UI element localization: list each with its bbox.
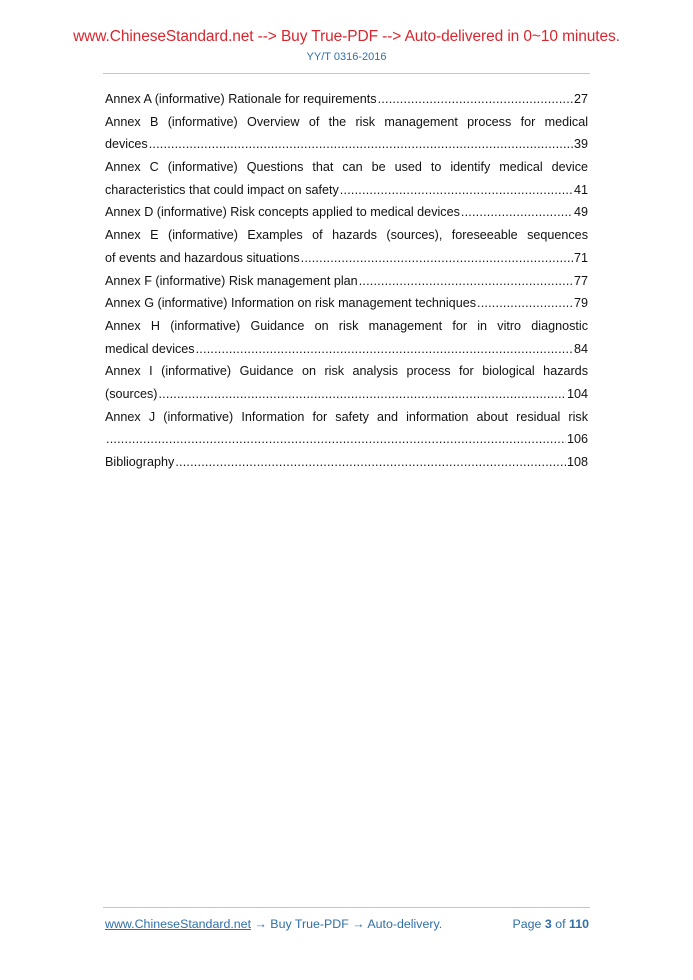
toc-entry-title: characteristics that could impact on saf…	[105, 179, 339, 202]
dot-leader	[340, 179, 573, 202]
toc-entry-title: of events and hazardous situations	[105, 247, 300, 270]
toc-entry[interactable]: Annex H (informative) Guidance on risk m…	[105, 315, 588, 360]
page-footer: www.ChineseStandard.net → Buy True-PDF →…	[105, 917, 589, 931]
footer-tagline: → Buy True-PDF → Auto-delivery.	[251, 917, 442, 931]
toc-entry-line: Annex D (informative) Risk concepts appl…	[105, 201, 588, 224]
footer-promo: www.ChineseStandard.net → Buy True-PDF →…	[105, 917, 442, 931]
toc-entry-title-line: Annex B (informative) Overview of the ri…	[105, 111, 588, 134]
toc-page-number: 39	[574, 133, 588, 156]
toc-entry-line: of events and hazardous situations71	[105, 247, 588, 270]
dot-leader	[158, 383, 566, 406]
toc-entry-title: Annex D (informative) Risk concepts appl…	[105, 201, 460, 224]
dot-leader	[175, 451, 566, 474]
toc-page-number: 77	[574, 270, 588, 293]
toc-entry[interactable]: Annex F (informative) Risk management pl…	[105, 270, 588, 293]
table-of-contents: Annex A (informative) Rationale for requ…	[105, 88, 588, 474]
page-indicator: Page 3 of 110	[512, 917, 589, 931]
toc-entry-title-line: Annex E (informative) Examples of hazard…	[105, 224, 588, 247]
toc-entry-line: medical devices 84	[105, 338, 588, 361]
toc-entry[interactable]: Annex A (informative) Rationale for requ…	[105, 88, 588, 111]
toc-page-number: 79	[574, 292, 588, 315]
toc-entry-title: (sources)	[105, 383, 157, 406]
dot-leader	[359, 270, 573, 293]
dot-leader	[301, 247, 573, 270]
dot-leader	[378, 88, 573, 111]
dot-leader	[149, 133, 573, 156]
toc-entry[interactable]: Annex D (informative) Risk concepts appl…	[105, 201, 588, 224]
toc-entry-line: devices39	[105, 133, 588, 156]
toc-page-number: 104	[567, 383, 588, 406]
toc-entry[interactable]: Annex I (informative) Guidance on risk a…	[105, 360, 588, 405]
dot-leader	[196, 338, 573, 361]
toc-entry[interactable]: Bibliography 108	[105, 451, 588, 474]
toc-entry-line: Annex F (informative) Risk management pl…	[105, 270, 588, 293]
toc-entry-title-line: Annex I (informative) Guidance on risk a…	[105, 360, 588, 383]
toc-entry-title: devices	[105, 133, 148, 156]
toc-entry[interactable]: Annex G (informative) Information on ris…	[105, 292, 588, 315]
current-page: 3	[545, 917, 552, 931]
toc-entry[interactable]: Annex J (informative) Information for sa…	[105, 406, 588, 451]
dot-leader	[106, 428, 566, 451]
toc-entry-title: Annex G (informative) Information on ris…	[105, 292, 476, 315]
toc-entry-title: medical devices	[105, 338, 195, 361]
toc-entry-title: Annex A (informative) Rationale for requ…	[105, 88, 377, 111]
header-divider	[103, 73, 590, 74]
toc-entry-line: 106	[105, 428, 588, 451]
toc-page-number: 108	[567, 451, 588, 474]
toc-entry-line: (sources)104	[105, 383, 588, 406]
toc-entry-title-line: Annex C (informative) Questions that can…	[105, 156, 588, 179]
standard-code: YY/T 0316-2016	[0, 51, 693, 63]
dot-leader	[461, 201, 573, 224]
toc-entry-title: Bibliography	[105, 451, 174, 474]
toc-entry[interactable]: Annex B (informative) Overview of the ri…	[105, 111, 588, 156]
toc-page-number: 49	[574, 201, 588, 224]
toc-page-number: 27	[574, 88, 588, 111]
total-pages: 110	[569, 917, 589, 931]
toc-entry[interactable]: Annex C (informative) Questions that can…	[105, 156, 588, 201]
toc-entry-line: Bibliography 108	[105, 451, 588, 474]
site-link[interactable]: www.ChineseStandard.net	[105, 917, 251, 931]
promo-banner: www.ChineseStandard.net --> Buy True-PDF…	[0, 28, 693, 46]
toc-entry-line: Annex G (informative) Information on ris…	[105, 292, 588, 315]
toc-entry-line: Annex A (informative) Rationale for requ…	[105, 88, 588, 111]
toc-entry[interactable]: Annex E (informative) Examples of hazard…	[105, 224, 588, 269]
toc-entry-title-line: Annex H (informative) Guidance on risk m…	[105, 315, 588, 338]
footer-divider	[103, 907, 590, 908]
toc-page-number: 84	[574, 338, 588, 361]
toc-page-number: 106	[567, 428, 588, 451]
toc-page-number: 41	[574, 179, 588, 202]
toc-entry-title: Annex F (informative) Risk management pl…	[105, 270, 358, 293]
toc-entry-title-line: Annex J (informative) Information for sa…	[105, 406, 588, 429]
toc-page-number: 71	[574, 247, 588, 270]
toc-entry-line: characteristics that could impact on saf…	[105, 179, 588, 202]
dot-leader	[477, 292, 573, 315]
